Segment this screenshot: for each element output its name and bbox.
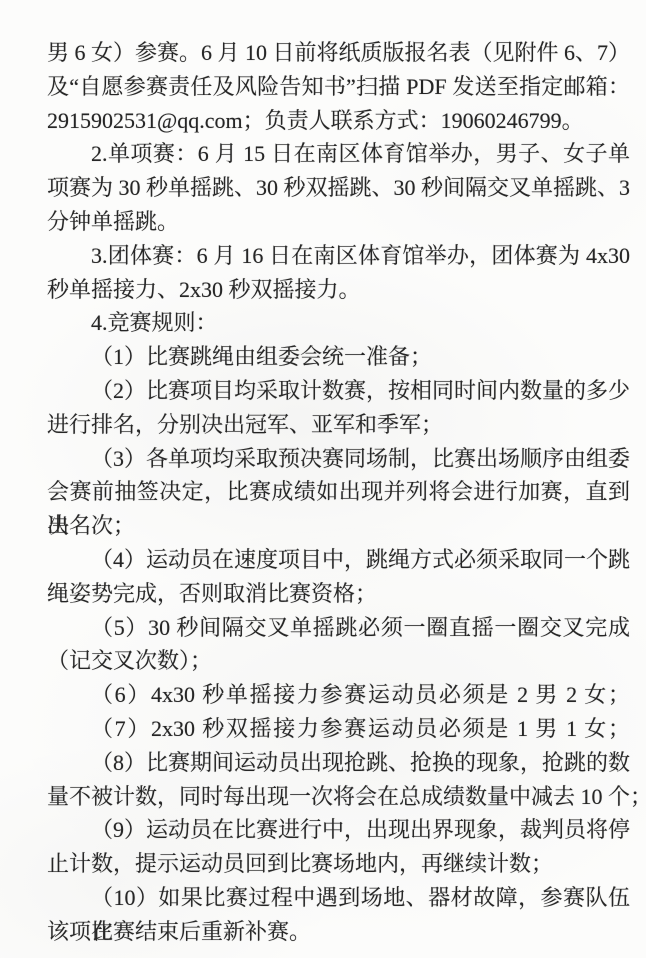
text-line: 会赛前抽签决定，比赛成绩如出现并列将会进行加赛，直到决 [47,475,630,509]
text-line: （7）2x30 秒双摇接力参赛运动员必须是 1 男 1 女； [47,712,630,746]
text-line: （2）比赛项目均采取计数赛，按相同时间内数量的多少 [47,374,630,408]
text-line: （1）比赛跳绳由组委会统一准备； [47,340,630,374]
text-line: 男 6 女）参赛。6 月 10 日前将纸质版报名表（见附件 6、7） [47,36,630,70]
text-line: 2.单项赛：6 月 15 日在南区体育馆举办，男子、女子单 [47,137,630,171]
text-line: 止计数，提示运动员回到比赛场地内，再继续计数； [47,847,630,881]
text-line: （6）4x30 秒单摇接力参赛运动员必须是 2 男 2 女； [47,678,630,712]
text-line: （9）运动员在比赛进行中，出现出界现象，裁判员将停 [47,813,630,847]
text-line: 4.竞赛规则： [47,306,630,340]
text-line: （3）各单项均采取预决赛同场制，比赛出场顺序由组委 [47,442,630,476]
document-page: 男 6 女）参赛。6 月 10 日前将纸质版报名表（见附件 6、7）及“自愿参赛… [0,0,646,958]
text-line: （5）30 秒间隔交叉单摇跳必须一圈直摇一圈交叉完成 [47,611,630,645]
text-line: 3.团体赛：6 月 16 日在南区体育馆举办，团体赛为 4x30 [47,239,630,273]
text-line: 分钟单摇跳。 [47,205,630,239]
text-line: 该项比赛结束后重新补赛。 [47,915,630,949]
text-line: 项赛为 30 秒单摇跳、30 秒双摇跳、30 秒间隔交叉单摇跳、3 [47,171,630,205]
text-line: （4）运动员在速度项目中，跳绳方式必须采取同一个跳 [47,543,630,577]
text-line: （8）比赛期间运动员出现抢跳、抢换的现象，抢跳的数 [47,746,630,780]
text-line: 2915902531@qq.com；负责人联系方式：19060246799。 [47,104,630,138]
text-line: 进行排名，分别决出冠军、亚军和季军； [47,408,630,442]
text-line: （记交叉次数）； [47,644,630,678]
text-line: 出名次； [47,509,630,543]
text-line: 及“自愿参赛责任及风险告知书”扫描 PDF 发送至指定邮箱： [47,70,630,104]
text-line: （10）如果比赛过程中遇到场地、器材故障，参赛队伍在 [47,881,630,915]
text-line: 秒单摇接力、2x30 秒双摇接力。 [47,273,630,307]
text-line: 量不被计数，同时每出现一次将会在总成绩数量中减去 10 个； [47,780,630,814]
text-line: 绳姿势完成，否则取消比赛资格； [47,577,630,611]
